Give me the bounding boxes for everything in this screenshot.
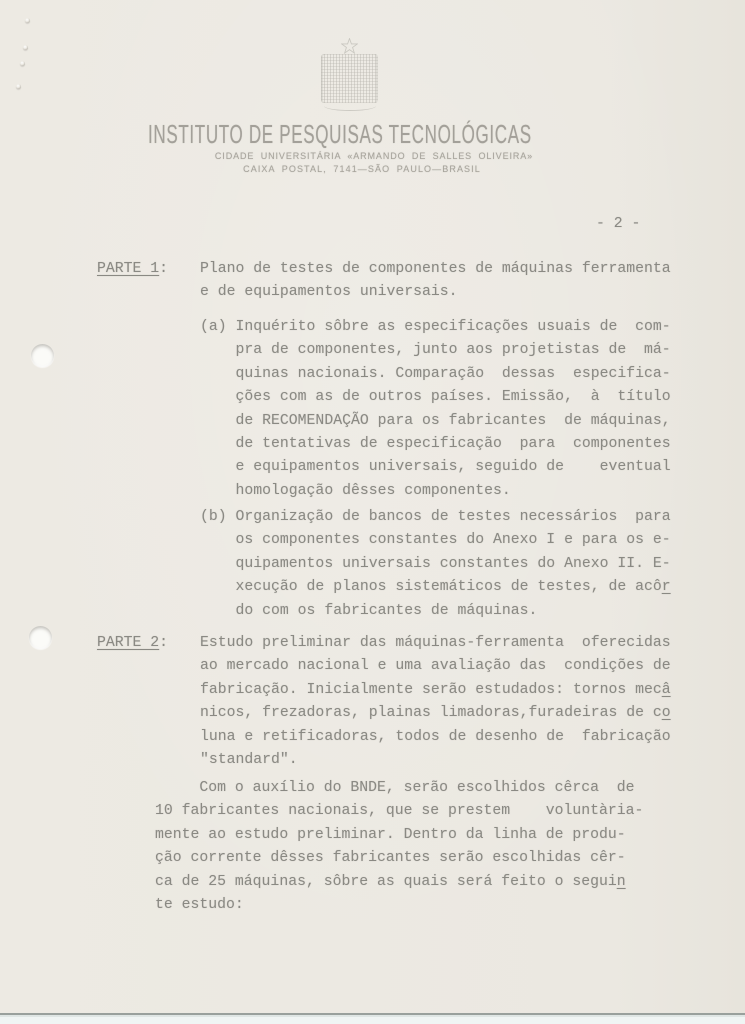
typewritten-line: e de equipamentos universais. xyxy=(200,281,671,304)
typewritten-line: luna e retificadoras, todos de desenho d… xyxy=(200,726,671,749)
typewritten-line: do com os fabricantes de máquinas. xyxy=(200,600,671,623)
typewritten-line: (b) Organização de bancos de testes nece… xyxy=(200,506,671,529)
crest-star-icon xyxy=(341,38,358,55)
typewritten-line: (a) Inquérito sôbre as especificações us… xyxy=(200,316,671,339)
part-2-section: PARTE 2: Estudo preliminar das máquinas-… xyxy=(97,632,671,772)
typewritten-line: de tentativas de especificação para comp… xyxy=(200,433,671,456)
typewritten-line: ções com as de outros países. Emissão, à… xyxy=(200,386,671,409)
typewritten-line: ao mercado nacional e uma avaliação das … xyxy=(200,655,671,678)
punch-hole xyxy=(31,344,54,367)
scanner-bed-edge xyxy=(0,1013,745,1024)
typewritten-line: pra de componentes, junto aos projetista… xyxy=(200,339,671,362)
staple-hole xyxy=(16,84,21,89)
crest-ribbon xyxy=(324,101,376,111)
closing-paragraph: Com o auxílio do BNDE, serão escolhidos … xyxy=(155,777,643,917)
part-1-label-colon: : xyxy=(159,261,168,277)
part-1-body: Plano de testes de componentes de máquin… xyxy=(200,258,671,305)
part-2-label-text: PARTE 2 xyxy=(97,635,159,651)
typewritten-line: nicos, frezadoras, plainas limadoras,fur… xyxy=(200,702,671,725)
part-2-body: Estudo preliminar das máquinas-ferrament… xyxy=(200,632,671,772)
typewritten-line: ção corrente dêsses fabricantes serão es… xyxy=(155,847,643,870)
institute-address-line1: CIDADE UNIVERSITÁRIA «ARMANDO DE SALLES … xyxy=(215,151,533,161)
punch-hole xyxy=(29,626,52,649)
typewritten-line: fabricação. Inicialmente serão estudados… xyxy=(200,679,671,702)
typewritten-line: mente ao estudo preliminar. Dentro da li… xyxy=(155,824,643,847)
list-item-b: (b) Organização de bancos de testes nece… xyxy=(200,506,671,623)
typewritten-line: te estudo: xyxy=(155,894,643,917)
crest-shield xyxy=(321,54,378,103)
staple-hole xyxy=(20,61,25,66)
typewritten-line: e equipamentos universais, seguido de ev… xyxy=(200,456,671,479)
staple-hole xyxy=(25,18,30,23)
part-1-section: PARTE 1: Plano de testes de componentes … xyxy=(97,258,671,305)
part-2-label-colon: : xyxy=(159,635,168,651)
typewritten-line: homologação dêsses componentes. xyxy=(200,480,671,503)
page-paper: INSTITUTO DE PESQUISAS TECNOLÓGICAS CIDA… xyxy=(0,0,745,1013)
list-item-a: (a) Inquérito sôbre as especificações us… xyxy=(200,316,671,503)
typewritten-line: Plano de testes de componentes de máquin… xyxy=(200,258,671,281)
typewritten-line: os componentes constantes do Anexo I e p… xyxy=(200,529,671,552)
typewritten-line: xecução de planos sistemáticos de testes… xyxy=(200,576,671,599)
institute-name: INSTITUTO DE PESQUISAS TECNOLÓGICAS xyxy=(148,120,532,149)
part-1-label-text: PARTE 1 xyxy=(97,261,159,277)
typewritten-line: de RECOMENDAÇÃO para os fabricantes de m… xyxy=(200,410,671,433)
typewritten-line: "standard". xyxy=(200,749,671,772)
part-1-label: PARTE 1: xyxy=(97,258,200,281)
sao-paulo-crest-stamp-icon xyxy=(320,38,380,114)
staple-hole xyxy=(23,45,28,50)
typewritten-line: 10 fabricantes nacionais, que se prestem… xyxy=(155,800,643,823)
part-2-label: PARTE 2: xyxy=(97,632,200,655)
typewritten-line: quipamentos universais constantes do Ane… xyxy=(200,553,671,576)
page-number: - 2 - xyxy=(596,213,640,236)
institute-address-line2: CAIXA POSTAL, 7141—SÃO PAULO—BRASIL xyxy=(243,164,481,174)
scanned-document: INSTITUTO DE PESQUISAS TECNOLÓGICAS CIDA… xyxy=(0,0,745,1024)
typewritten-line: ca de 25 máquinas, sôbre as quais será f… xyxy=(155,871,643,894)
typewritten-line: Com o auxílio do BNDE, serão escolhidos … xyxy=(155,777,643,800)
typewritten-line: Estudo preliminar das máquinas-ferrament… xyxy=(200,632,671,655)
typewritten-line: quinas nacionais. Comparação dessas espe… xyxy=(200,363,671,386)
